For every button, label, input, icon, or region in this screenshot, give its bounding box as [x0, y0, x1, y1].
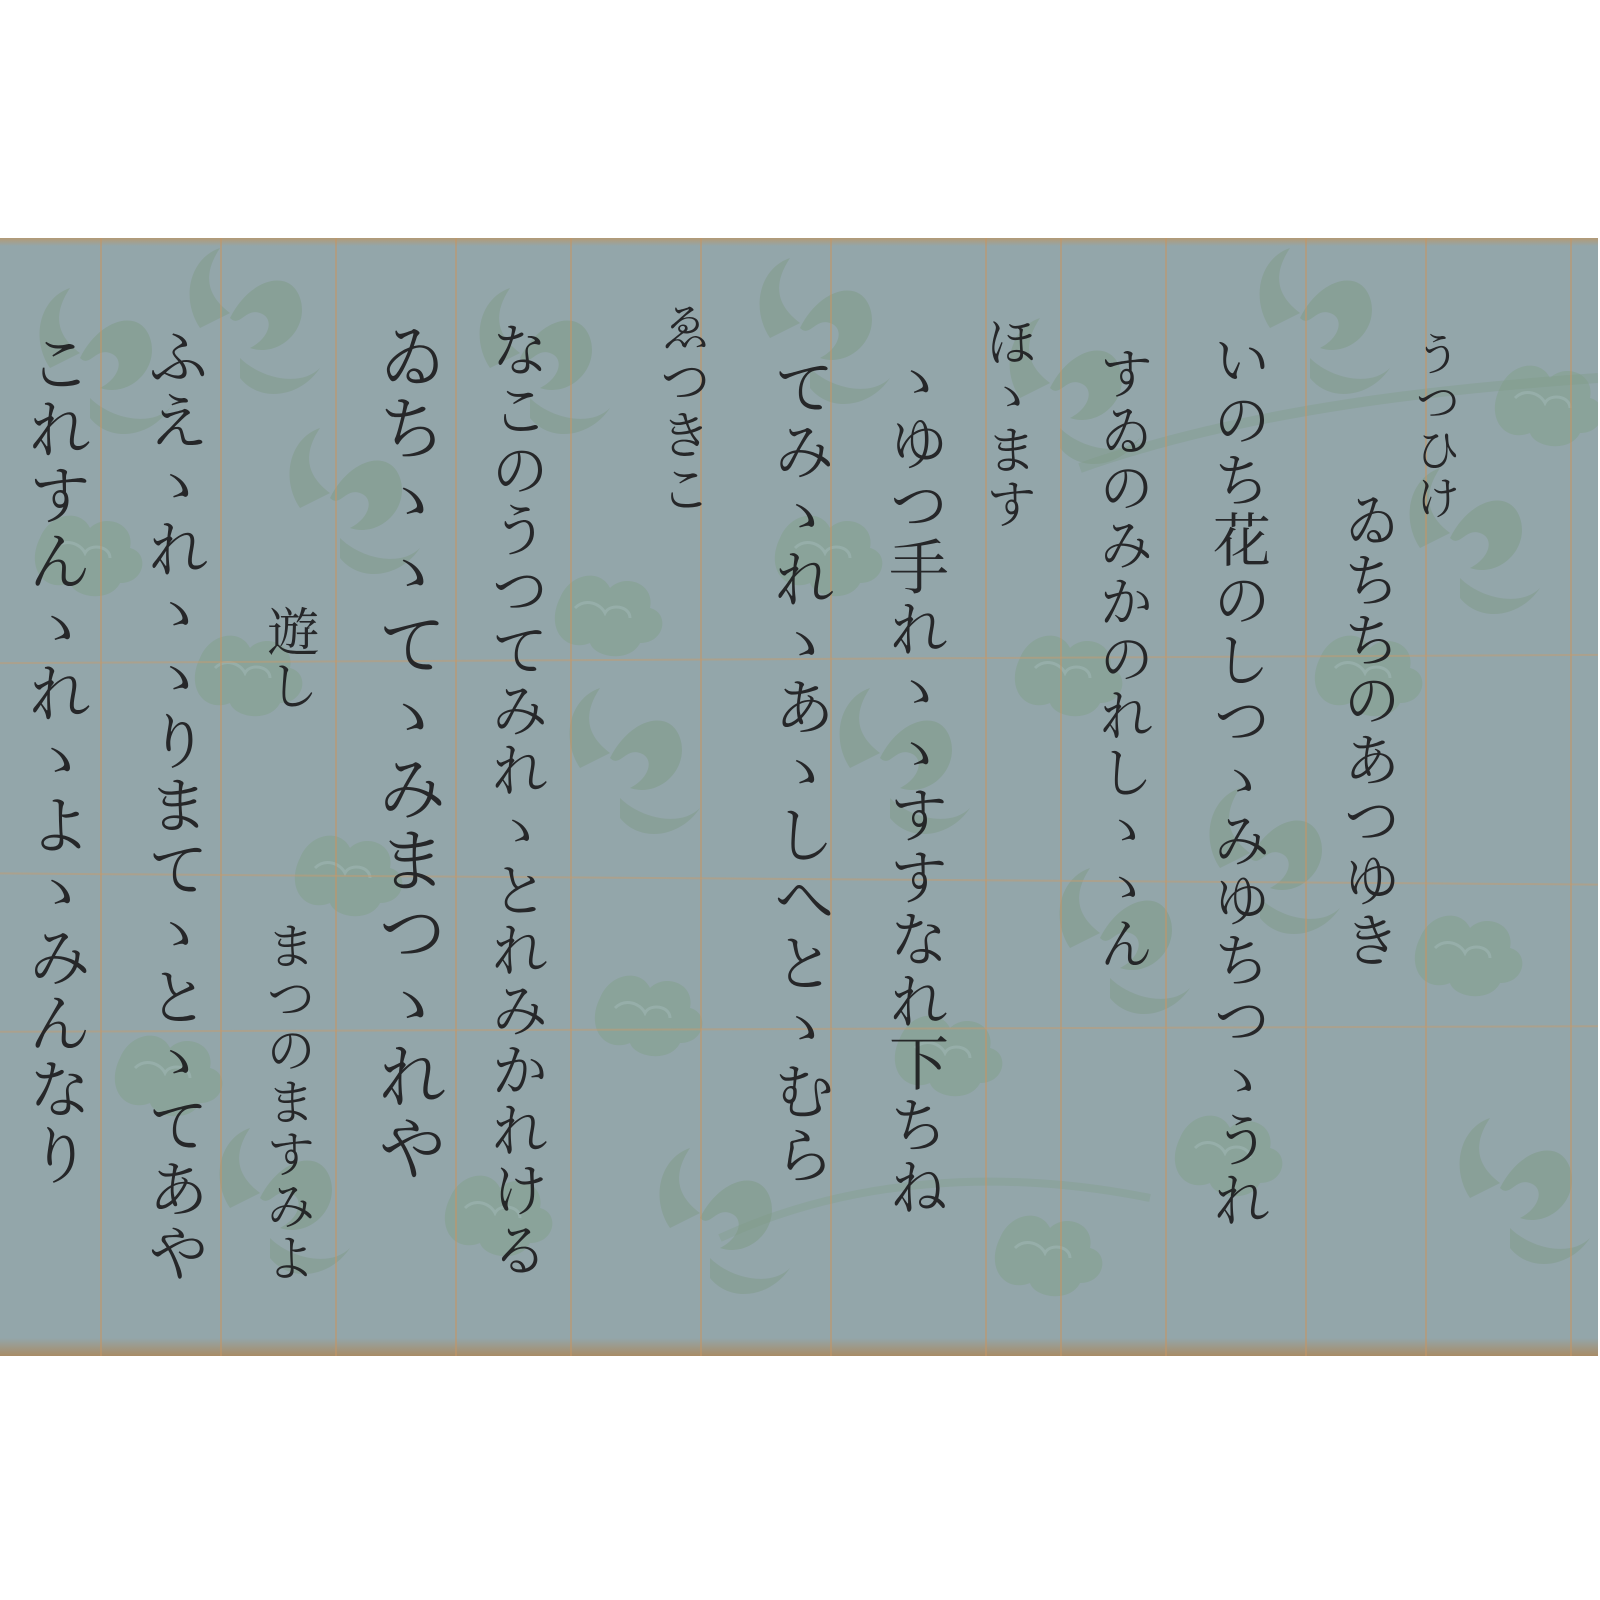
text-column-11b: まつのますみよ	[262, 920, 312, 1284]
text-column-4: すゐのみかのれしゝゝん	[1094, 345, 1149, 972]
text-column-3: いのち花のしつゝみゆちつゝうれ	[1208, 330, 1266, 1230]
ruled-line	[220, 238, 222, 1356]
ruled-line	[1305, 238, 1307, 1356]
text-column-12: ふえゝれゝゝりまてゝとゝてあや	[142, 325, 204, 1285]
text-column-13: これすんゝれゝよゝみんなり	[22, 330, 86, 1188]
ruled-line	[455, 238, 457, 1356]
ruled-line	[1165, 238, 1167, 1356]
text-column-2: ゐちちのあつゆき	[1338, 490, 1396, 970]
manuscript-sheet: うつひけ ゐちちのあつゆき いのち花のしつゝみゆちつゝうれ すゐのみかのれしゝゝ…	[0, 238, 1598, 1356]
text-column-6: ゝゆつ手れゝゝすすなれ下ちね	[884, 350, 944, 1218]
ruled-line	[100, 238, 102, 1356]
paper-top-edge	[0, 238, 1598, 246]
ruled-line	[1570, 238, 1572, 1356]
text-column-1: うつひけ	[1412, 330, 1458, 522]
ruled-line	[335, 238, 337, 1356]
paper-bottom-edge	[0, 1338, 1598, 1356]
ruled-line	[1060, 238, 1062, 1356]
text-column-7: てみゝれゝあゝしへとゝむら	[768, 355, 830, 1187]
ruled-line	[570, 238, 572, 1356]
text-column-11a: 遊し	[262, 605, 314, 713]
text-column-5: ほゝます	[980, 315, 1032, 531]
text-column-8: ゑつきこ	[654, 300, 706, 516]
text-column-9: なこのうつてみれゝとれみかれける	[486, 320, 544, 1280]
text-column-10: ゐちゝゝてゝみまつゝれや	[372, 320, 442, 1184]
